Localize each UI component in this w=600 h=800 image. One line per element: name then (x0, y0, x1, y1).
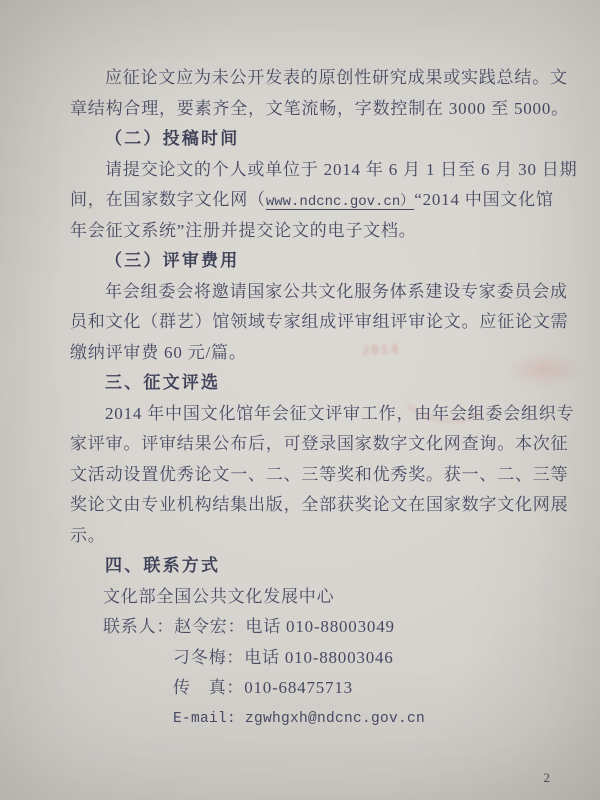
page-number: 2 (544, 770, 551, 786)
para-selection-4: 奖论文由专业机构结集出版，全部获奖论文在国家数字文化网展 (70, 490, 556, 521)
url-text: www.ndcnc.gov.cn） (266, 194, 414, 210)
para-selection-2: 家评审。评审结果公布后，可登录国家数字文化网查询。本次征 (70, 429, 556, 460)
contact-email: E-mail: zgwhgxh@ndcnc.gov.cn (70, 704, 556, 735)
para-selection-1: 2014 年中国文化馆年会征文评审工作，由年会组委会组织专 (70, 399, 556, 430)
para-submission-1: 请提交论文的个人或单位于 2014 年 6 月 1 日至 6 月 30 日期 (70, 155, 556, 186)
para-submission-3: 年会征文系统”注册并提交论文的电子文档。 (70, 216, 556, 247)
contact-person-2: 刁冬梅：电话 010-88003046 (70, 643, 556, 674)
para-fee-2: 员和文化（群艺）馆领域专家组成评审组评审论文。应征论文需 (70, 307, 556, 338)
text-segment: 间，在国家数字文化网（ (70, 190, 266, 209)
para-requirements-1: 应征论文应为未公开发表的原创性研究成果或实践总结。文 (70, 63, 556, 94)
heading-submission-time: （二）投稿时间 (70, 124, 556, 155)
para-submission-2: 间，在国家数字文化网（www.ndcnc.gov.cn）“2014 中国文化馆 (70, 185, 556, 216)
contact-person-1: 联系人：赵令宏：电话 010-88003049 (70, 612, 556, 643)
document-lines: 应征论文应为未公开发表的原创性研究成果或实践总结。文章结构合理，要素齐全，文笔流… (70, 63, 556, 734)
heading-contact: 四、联系方式 (70, 551, 556, 582)
para-selection-5: 示。 (70, 521, 556, 552)
para-requirements-2: 章结构合理，要素齐全，文笔流畅，字数控制在 3000 至 5000。 (70, 94, 556, 125)
document-page: 应征论文应为未公开发表的原创性研究成果或实践总结。文章结构合理，要素齐全，文笔流… (0, 0, 600, 734)
text-segment: “2014 中国文化馆 (414, 190, 554, 209)
para-selection-3: 文活动设置优秀论文一、二、三等奖和优秀奖。获一、二、三等 (70, 460, 556, 491)
para-fee-1: 年会组委会将邀请国家公共文化服务体系建设专家委员会成 (70, 277, 556, 308)
contact-fax: 传 真：010-68475713 (70, 673, 556, 704)
heading-review-fee: （三）评审费用 (70, 246, 556, 277)
contact-organization: 文化部全国公共文化发展中心 (70, 582, 556, 613)
heading-essay-selection: 三、征文评选 (70, 368, 556, 399)
document-photo: 2014 应征论文应为未公开发表的原创性研究成果或实践总结。文章结构合理，要素齐… (0, 0, 600, 800)
para-fee-3: 缴纳评审费 60 元/篇。 (70, 338, 556, 369)
